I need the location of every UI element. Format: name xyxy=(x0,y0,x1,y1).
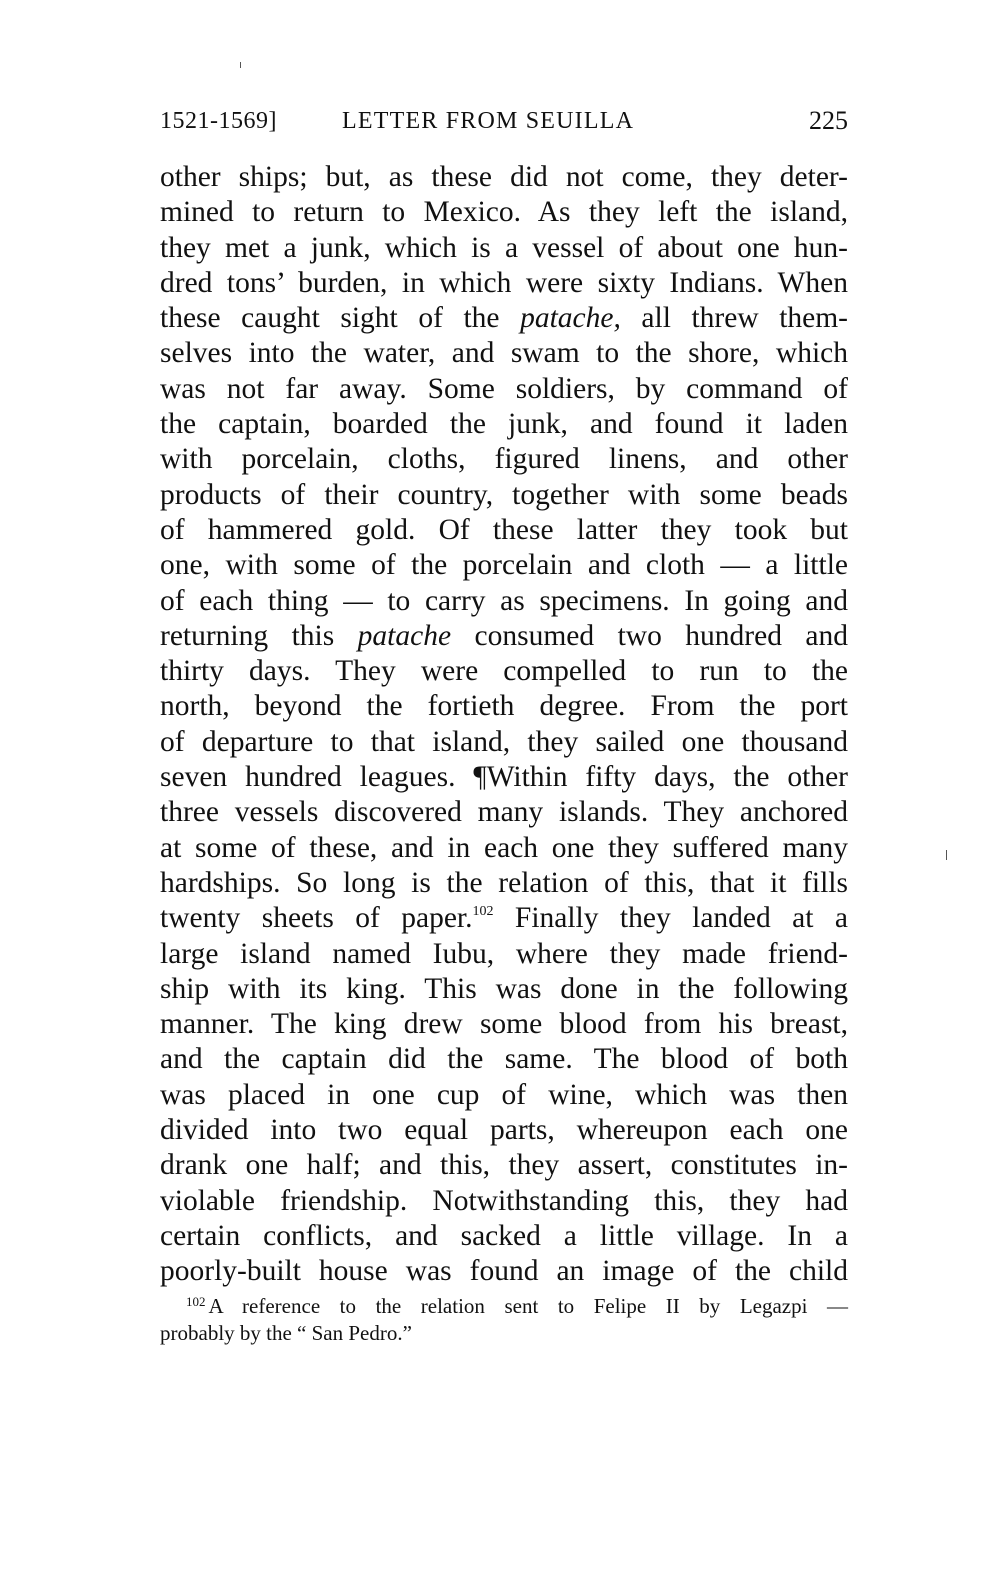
text-line: and the captain did the same. The blood … xyxy=(160,1042,848,1077)
page-number: 225 xyxy=(809,104,848,138)
text-line: certain conflicts, and sacked a little v… xyxy=(160,1219,848,1254)
text-line: twenty sheets of paper.102 Finally they … xyxy=(160,901,848,936)
text-line: drank one half; and this, they assert, c… xyxy=(160,1148,848,1183)
italic-term: patache xyxy=(358,620,451,652)
text-line: dred tons’ burden, in which were sixty I… xyxy=(160,266,848,301)
footnote-reference[interactable]: 102 xyxy=(472,904,493,919)
text-line: at some of these, and in each one they s… xyxy=(160,831,848,866)
text-line: north, beyond the fortieth degree. From … xyxy=(160,689,848,724)
text-line: mined to return to Mexico. As they left … xyxy=(160,195,848,230)
text-line: products of their country, together with… xyxy=(160,478,848,513)
text-line: of each thing — to carry as specimens. I… xyxy=(160,584,848,619)
text-line: manner. The king drew some blood from hi… xyxy=(160,1007,848,1042)
text-line: poorly-built house was found an image of… xyxy=(160,1254,848,1289)
text-line: seven hundred leagues. ¶Within fifty day… xyxy=(160,760,848,795)
text-line: these caught sight of the patache, all t… xyxy=(160,301,848,336)
text-line: was placed in one cup of wine, which was… xyxy=(160,1078,848,1113)
text-line: one, with some of the porcelain and clot… xyxy=(160,548,848,583)
running-head: 1521-1569] LETTER FROM SEUILLA 225 xyxy=(160,104,848,138)
footnote-number: 102 xyxy=(186,1294,206,1309)
text-line: with porcelain, cloths, figured linens, … xyxy=(160,442,848,477)
scan-speck xyxy=(240,62,241,68)
text-line: the captain, boarded the junk, and found… xyxy=(160,407,848,442)
text-line: three vessels discovered many islands. T… xyxy=(160,795,848,830)
footnote-line: 102A reference to the relation sent to F… xyxy=(160,1293,848,1320)
text-line: thirty days. They were compelled to run … xyxy=(160,654,848,689)
text-line: other ships; but, as these did not come,… xyxy=(160,160,848,195)
footnote-line: probably by the “ San Pedro.” xyxy=(160,1320,848,1347)
text-line: of hammered gold. Of these latter they t… xyxy=(160,513,848,548)
text-line: divided into two equal parts, whereupon … xyxy=(160,1113,848,1148)
text-line: large island named Iubu, where they made… xyxy=(160,937,848,972)
text-line: returning this patache consumed two hund… xyxy=(160,619,848,654)
text-line: of departure to that island, they sailed… xyxy=(160,725,848,760)
date-range: 1521-1569] xyxy=(160,104,277,138)
text-line: violable friendship. Notwithstanding thi… xyxy=(160,1184,848,1219)
chapter-title: LETTER FROM SEUILLA xyxy=(342,104,634,138)
body-text: other ships; but, as these did not come,… xyxy=(160,160,848,1290)
footnote: 102A reference to the relation sent to F… xyxy=(160,1293,848,1347)
text-line: ship with its king. This was done in the… xyxy=(160,972,848,1007)
book-page: 1521-1569] LETTER FROM SEUILLA 225 other… xyxy=(0,0,986,1580)
text-line: selves into the water, and swam to the s… xyxy=(160,336,848,371)
text-line: was not far away. Some soldiers, by comm… xyxy=(160,372,848,407)
italic-term: patache, xyxy=(520,302,621,334)
text-line: they met a junk, which is a vessel of ab… xyxy=(160,231,848,266)
text-line: hardships. So long is the relation of th… xyxy=(160,866,848,901)
scan-speck xyxy=(946,850,947,860)
